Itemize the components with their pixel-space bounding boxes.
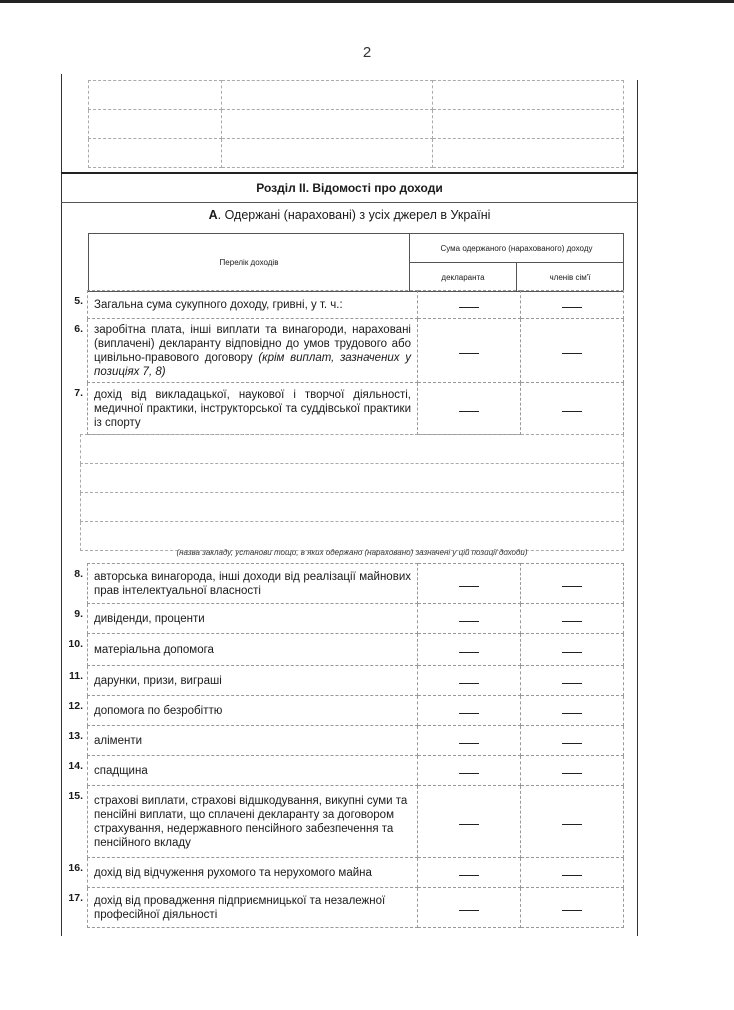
declarant-value[interactable] [418, 858, 521, 888]
family-value[interactable] [521, 383, 624, 435]
declarant-value[interactable] [418, 786, 521, 858]
income-rows-b: 8. авторська винагорода, інші доходи від… [62, 563, 624, 928]
declarant-value[interactable] [418, 319, 521, 383]
declarant-value[interactable] [418, 696, 521, 726]
declarant-value[interactable] [418, 666, 521, 696]
family-value[interactable] [521, 756, 624, 786]
table-row: 13. аліменти [62, 726, 624, 756]
family-value[interactable] [521, 666, 624, 696]
subsection-letter: А [209, 208, 218, 222]
table-row: 7. дохід від викладацької, наукової і тв… [62, 383, 624, 435]
family-value[interactable] [521, 888, 624, 928]
dash-mark [562, 411, 582, 412]
table-row: 16. дохід від відчуження рухомого та нер… [62, 858, 624, 888]
header-list: Перелік доходів [89, 234, 410, 292]
dash-mark [459, 353, 479, 354]
family-value[interactable] [521, 291, 624, 319]
institution-caption: (назва закладу, установи тощо, в яких од… [80, 548, 624, 557]
family-value[interactable] [521, 726, 624, 756]
header-family: членів сім'ї [517, 263, 624, 292]
dash-mark [562, 307, 582, 308]
section-title: Розділ ІІ. Відомості про доходи [61, 174, 638, 202]
family-value[interactable] [521, 786, 624, 858]
table-row: 17. дохід від провадження підприємницько… [62, 888, 624, 928]
table-row: 9. дивіденди, проценти [62, 604, 624, 634]
family-value[interactable] [521, 634, 624, 666]
declarant-value[interactable] [418, 383, 521, 435]
table-row: 6. заробітна плата, інші виплати та вина… [62, 319, 624, 383]
income-rows-a: 5. Загальна сума сукупного доходу, гривн… [62, 290, 624, 435]
declarant-value[interactable] [418, 564, 521, 604]
header-sum: Сума одержаного (нарахованого) доходу [410, 234, 624, 263]
institution-name-area [80, 434, 624, 551]
declarant-value[interactable] [418, 726, 521, 756]
table-row: 10. матеріальна допомога [62, 634, 624, 666]
declarant-value[interactable] [418, 291, 521, 319]
scan-top-edge [0, 0, 734, 3]
page-number: 2 [0, 44, 734, 61]
table-row: 8. авторська винагорода, інші доходи від… [62, 564, 624, 604]
declarant-value[interactable] [418, 756, 521, 786]
table-row: 11. дарунки, призи, виграші [62, 666, 624, 696]
section-header: Розділ ІІ. Відомості про доходи [61, 172, 638, 203]
dash-mark [562, 353, 582, 354]
family-value[interactable] [521, 696, 624, 726]
declarant-value[interactable] [418, 634, 521, 666]
declarant-value[interactable] [418, 888, 521, 928]
family-value[interactable] [521, 564, 624, 604]
header-declarant: декларанта [410, 263, 517, 292]
income-table-header: Перелік доходів Сума одержаного (нарахов… [88, 233, 624, 292]
declarant-value[interactable] [418, 604, 521, 634]
dash-mark [459, 411, 479, 412]
table-row: 14. спадщина [62, 756, 624, 786]
family-value[interactable] [521, 604, 624, 634]
subsection-title: . Одержані (нараховані) з усіх джерел в … [218, 208, 491, 222]
family-value[interactable] [521, 319, 624, 383]
table-row: 12. допомога по безробіттю [62, 696, 624, 726]
dash-mark [459, 307, 479, 308]
table-row: 5. Загальна сума сукупного доходу, гривн… [62, 291, 624, 319]
table-row: 15. страхові виплати, страхові відшкодув… [62, 786, 624, 858]
family-value[interactable] [521, 858, 624, 888]
subsection-heading: А. Одержані (нараховані) з усіх джерел в… [61, 208, 638, 222]
